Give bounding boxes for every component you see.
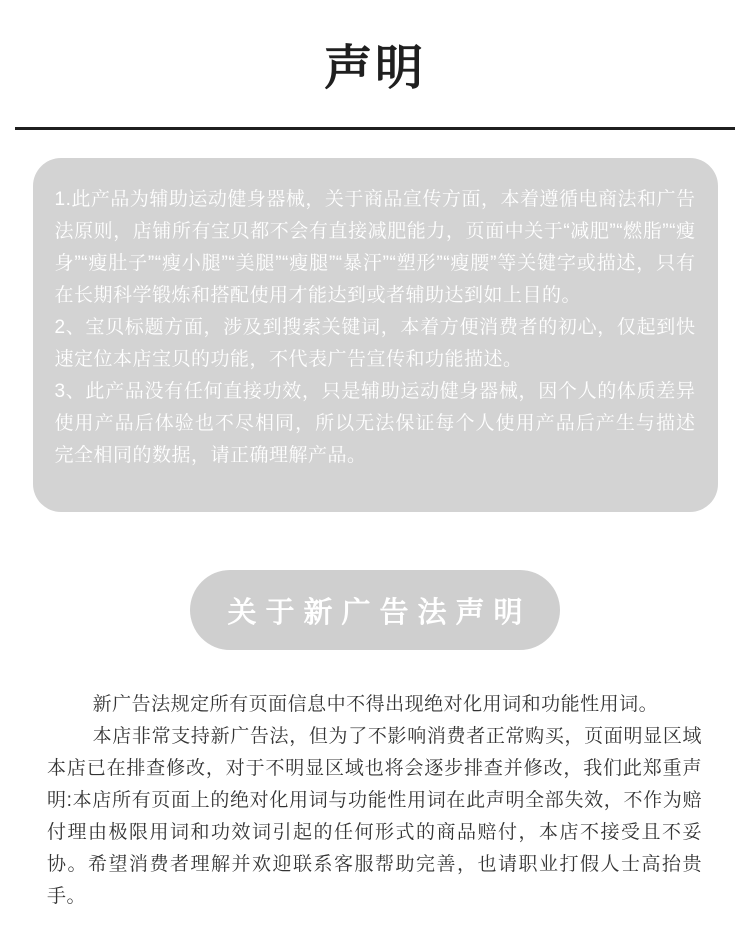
page-title: 声明 [0,0,750,100]
new-ad-law-badge: 关于新广告法声明 [190,570,560,650]
disclaimer-box: 1.此产品为辅助运动健身器械，关于商品宣传方面，本着遵循电商法和广告法原则，店铺… [33,158,718,512]
statement-paragraph-2: 本店非常支持新广告法，但为了不影响消费者正常购买，页面明显区域本店已在排查修改，… [47,721,702,913]
law-statement: 新广告法规定所有页面信息中不得出现绝对化用词和功能性用词。 本店非常支持新广告法… [47,689,702,913]
new-ad-law-badge-label: 关于新广告法声明 [218,590,531,631]
disclaimer-item-2: 2、宝贝标题方面，涉及到搜索关键词，本着方便消费者的初心，仅起到快速定位本店宝贝… [55,312,696,376]
title-divider [15,127,735,130]
disclaimer-item-1: 1.此产品为辅助运动健身器械，关于商品宣传方面，本着遵循电商法和广告法原则，店铺… [55,184,696,312]
disclaimer-item-3: 3、此产品没有任何直接功效，只是辅助运动健身器械，因个人的体质差异使用产品后体验… [55,376,696,472]
statement-paragraph-1: 新广告法规定所有页面信息中不得出现绝对化用词和功能性用词。 [47,689,702,721]
statement-page: 声明 1.此产品为辅助运动健身器械，关于商品宣传方面，本着遵循电商法和广告法原则… [0,0,750,931]
